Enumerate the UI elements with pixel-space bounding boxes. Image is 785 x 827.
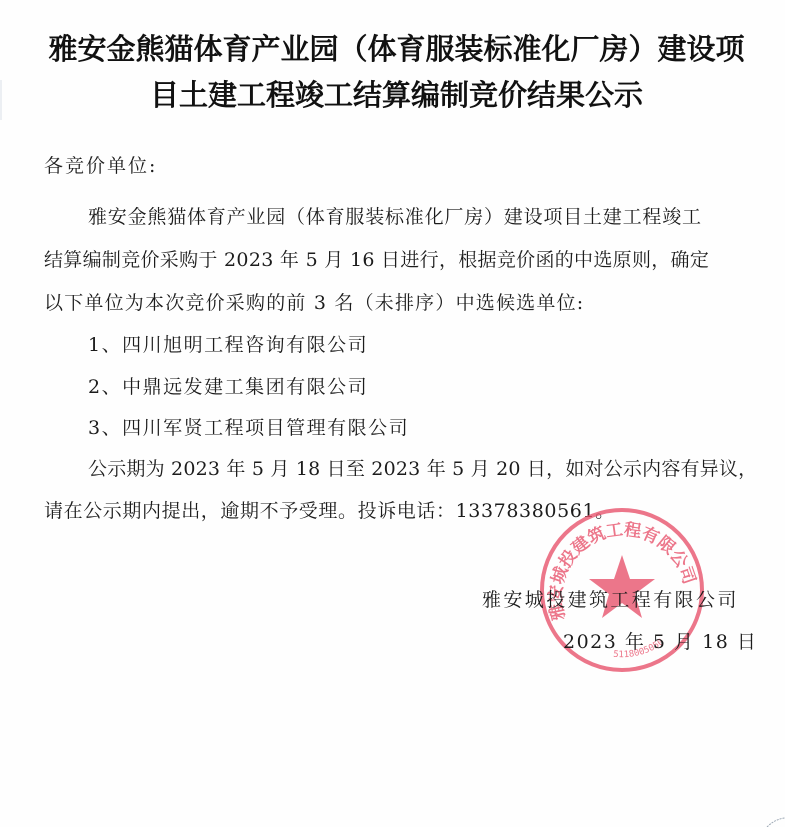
paragraph-1-line-3: 以下单位为本次竞价采购的前 3 名（未排序）中选候选单位: bbox=[44, 288, 584, 315]
scan-edge-mark bbox=[0, 80, 2, 120]
signature-date: 2023 年 5 月 18 日 bbox=[563, 627, 757, 654]
scan-corner-mark bbox=[765, 817, 785, 827]
document-title-line-1: 雅安金熊猫体育产业园（体育服装标准化厂房）建设项 bbox=[4, 27, 785, 68]
candidate-item-1: 1、四川旭明工程咨询有限公司 bbox=[88, 330, 368, 357]
greeting: 各竞价单位: bbox=[44, 151, 157, 178]
candidate-item-3: 3、四川军贤工程项目管理有限公司 bbox=[88, 413, 409, 440]
document-title-line-2: 目土建工程竣工结算编制竞价结果公示 bbox=[4, 73, 785, 114]
document-page: 雅安金熊猫体育产业园（体育服装标准化厂房）建设项 目土建工程竣工结算编制竞价结果… bbox=[0, 0, 785, 827]
signature-company: 雅安城投建筑工程有限公司 bbox=[482, 585, 739, 612]
paragraph-1-line-1: 雅安金熊猫体育产业园（体育服装标准化厂房）建设项目土建工程竣工 bbox=[88, 202, 702, 229]
candidate-item-2: 2、中鼎远发建工集团有限公司 bbox=[88, 372, 368, 399]
paragraph-2-line-1: 公示期为 2023 年 5 月 18 日至 2023 年 5 月 20 日，如对… bbox=[88, 454, 757, 481]
paragraph-1-line-2: 结算编制竞价采购于 2023 年 5 月 16 日进行，根据竞价函的中选原则，确… bbox=[44, 245, 709, 272]
paragraph-2-line-2: 请在公示期内提出，逾期不予受理。投诉电话：13378380561。 bbox=[44, 496, 615, 523]
